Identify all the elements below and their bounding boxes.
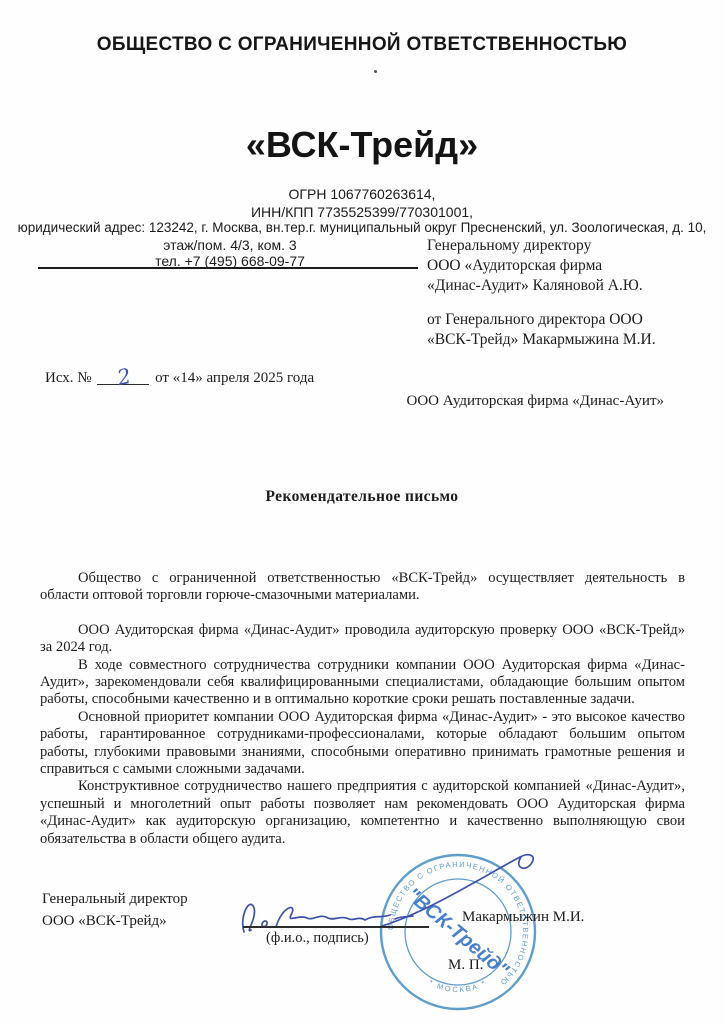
floor-room-line: этаж/пом. 4/3, ком. 3 xyxy=(40,237,420,253)
paragraph: Конструктивное сотрудничество нашего пре… xyxy=(40,778,685,848)
sender-line: от Генерального директора ООО xyxy=(427,310,697,330)
company-name-heading: «ВСК-Трейд» xyxy=(0,124,724,166)
scan-dot-artifact xyxy=(374,70,377,73)
paragraph: ООО Аудиторская фирма «Динас-Аудит» пров… xyxy=(40,622,685,657)
outgoing-label: Исх. № xyxy=(45,370,92,386)
letter-title: Рекомендательное письмо xyxy=(0,488,724,506)
ogrn-line: ОГРН 1067760263614, xyxy=(0,186,724,202)
signer-company: ООО «ВСК-Трейд» xyxy=(42,911,188,933)
letterhead-divider xyxy=(38,267,418,269)
org-type-heading: ОБЩЕСТВО С ОГРАНИЧЕННОЙ ОТВЕТСТВЕННОСТЬЮ xyxy=(0,34,724,56)
signer-position: Генеральный директор xyxy=(42,889,188,911)
letter-body: Общество с ограниченной ответственностью… xyxy=(40,570,685,848)
outgoing-reference-line: Исх. № 2 от «14» апреля 2025 года xyxy=(45,369,314,387)
outgoing-date: от «14» апреля 2025 года xyxy=(155,370,314,386)
paragraph: В ходе совместного сотрудничества сотруд… xyxy=(40,657,685,709)
paragraph: Общество с ограниченной ответственностью… xyxy=(40,570,685,605)
signature-stroke xyxy=(243,904,255,932)
sender-line: «ВСК-Трейд» Макармыжина М.И. xyxy=(427,330,697,350)
recipient-line: «Динас-Аудит» Каляновой А.Ю. xyxy=(427,276,697,296)
signer-block: Генеральный директор ООО «ВСК-Трейд» xyxy=(42,889,188,932)
paragraph: Основной приоритет компании ООО Аудиторс… xyxy=(40,709,685,779)
signature-caption: (ф.и.о., подпись) xyxy=(266,930,369,947)
handwritten-number: 2 xyxy=(116,370,132,385)
addressee-line: ООО Аудиторская фирма «Динас-Ауит» xyxy=(406,393,664,410)
seal-place-mark: М. П. xyxy=(448,957,483,974)
outgoing-number-blank: 2 xyxy=(97,369,149,385)
recipient-line: ООО «Аудиторская фирма xyxy=(427,256,697,276)
signature-line xyxy=(243,926,429,928)
recipient-gap xyxy=(427,296,697,310)
company-stamp: ОБЩЕСТВО С ОГРАНИЧЕННОЙ ОТВЕТСТВЕННОСТЬЮ… xyxy=(376,850,540,1014)
inn-kpp-line: ИНН/КПП 7735525399/770301001, xyxy=(0,204,724,220)
signature-stroke xyxy=(276,908,390,927)
recipient-block: Генеральному директору ООО «Аудиторская … xyxy=(427,236,697,350)
letter-page: ОБЩЕСТВО С ОГРАНИЧЕННОЙ ОТВЕТСТВЕННОСТЬЮ… xyxy=(0,0,724,1024)
legal-address-line: юридический адрес: 123242, г. Москва, вн… xyxy=(0,220,724,235)
recipient-line: Генеральному директору xyxy=(427,236,697,256)
signer-name: Макармыжин М.И. xyxy=(462,909,584,926)
